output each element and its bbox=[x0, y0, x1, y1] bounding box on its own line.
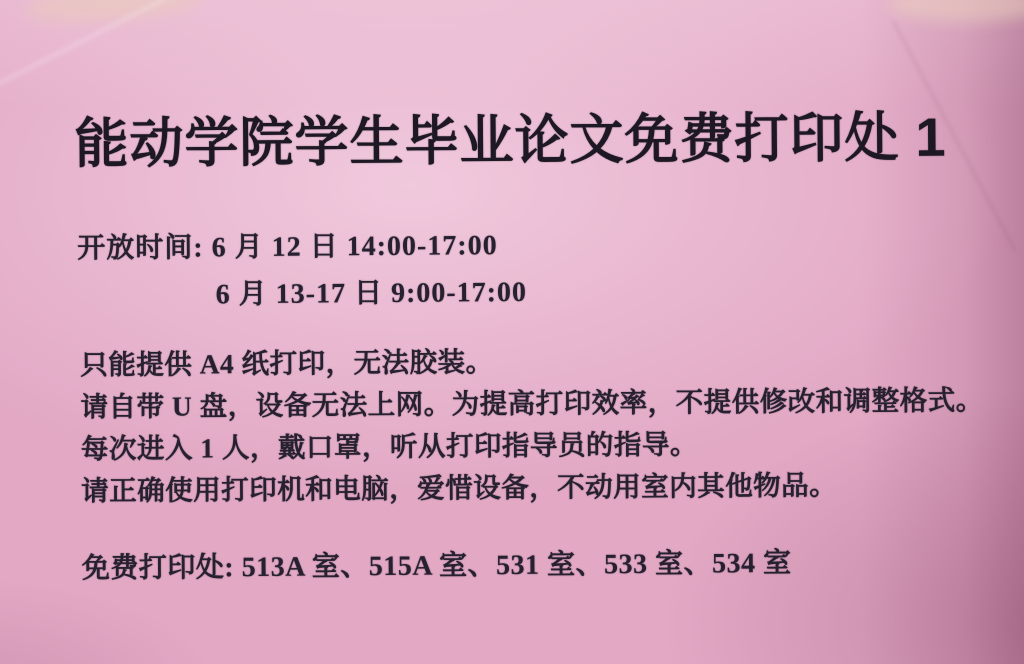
opening-hours-line-1: 开放时间: 6 月 12 日 14:00-17:00 bbox=[77, 222, 527, 273]
rule-line-1: 只能提供 A4 纸打印，无法胶装。 bbox=[80, 337, 983, 386]
notice-content: 能动学院学生毕业论文免费打印处 1 开放时间: 6 月 12 日 14:00-1… bbox=[0, 0, 1024, 664]
opening-hours-value-2: 6 月 13-17 日 9:00-17:00 bbox=[78, 269, 528, 320]
notice-photo: 能动学院学生毕业论文免费打印处 1 开放时间: 6 月 12 日 14:00-1… bbox=[0, 0, 1024, 664]
rule-line-3: 每次进入 1 人，戴口罩，听从打印指导员的指导。 bbox=[81, 421, 984, 470]
rule-line-4: 请正确使用打印机和电脑，爱惜设备，不动用室内其他物品。 bbox=[81, 463, 984, 512]
print-locations-label: 免费打印处: bbox=[82, 552, 235, 584]
opening-hours-value-1: 6 月 12 日 14:00-17:00 bbox=[212, 230, 498, 263]
print-locations: 免费打印处: 513A 室、515A 室、531 室、533 室、534 室 bbox=[82, 541, 792, 587]
opening-hours: 开放时间: 6 月 12 日 14:00-17:00 6 月 13-17 日 9… bbox=[77, 222, 527, 320]
opening-hours-label: 开放时间: bbox=[77, 232, 204, 264]
notice-title: 能动学院学生毕业论文免费打印处 1 bbox=[0, 94, 1023, 179]
print-locations-rooms: 513A 室、515A 室、531 室、533 室、534 室 bbox=[242, 548, 792, 583]
rule-line-2: 请自带 U 盘，设备无法上网。为提高打印效率，不提供修改和调整格式。 bbox=[80, 379, 983, 428]
notice-rules: 只能提供 A4 纸打印，无法胶装。 请自带 U 盘，设备无法上网。为提高打印效率… bbox=[80, 337, 984, 512]
